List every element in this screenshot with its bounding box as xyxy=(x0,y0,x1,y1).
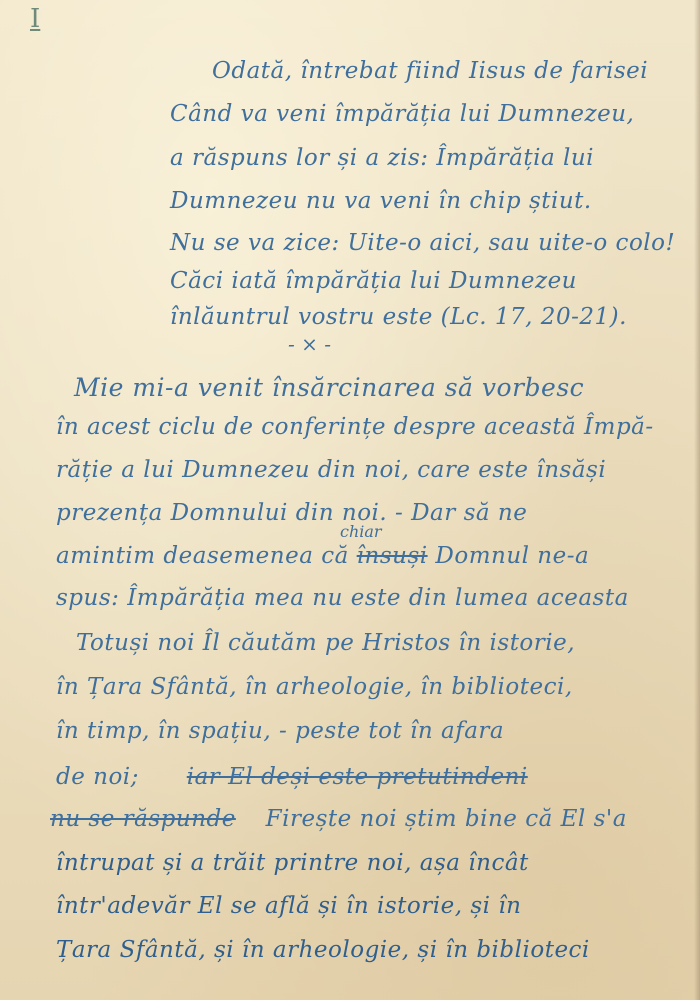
body-line-14: Țara Sfântă, și în arheologie, și în bib… xyxy=(56,937,590,963)
line-5-suffix: Domnul ne-a xyxy=(428,543,590,569)
epigraph-line-7: înlăuntrul vostru este (Lc. 17, 20-21). xyxy=(170,304,627,330)
line-5-prefix: amintim deasemenea că xyxy=(56,543,357,569)
body-line-9: în timp, în spațiu, - peste tot în afara xyxy=(56,718,504,744)
line-11-text: Firește noi știm bine că El s'a xyxy=(266,806,627,832)
epigraph-line-6: Căci iată împărăția lui Dumnezeu xyxy=(170,268,577,294)
body-line-10: de noi; iar El deși este pretutindeni xyxy=(56,764,528,790)
epigraph-line-1: Odată, întrebat fiind Iisus de farisei xyxy=(212,58,648,84)
body-line-8: în Țara Sfântă, în arheologie, în biblio… xyxy=(56,674,573,700)
body-line-6: spus: Împărăția mea nu este din lumea ac… xyxy=(56,585,629,611)
body-line-3: răție a lui Dumnezeu din noi, care este … xyxy=(56,457,606,483)
manuscript-page: I Odată, întrebat fiind Iisus de farisei… xyxy=(0,0,700,1000)
body-line-4: prezența Domnului din noi. - Dar să ne xyxy=(56,500,527,526)
body-line-5: amintim deasemenea că însuși Domnul ne-a xyxy=(56,543,589,569)
body-line-2: în acest ciclu de conferințe despre acea… xyxy=(56,414,654,440)
body-line-12: întrupat și a trăit printre noi, așa înc… xyxy=(56,850,529,876)
page-number: I xyxy=(30,4,40,34)
inserted-word: chiar xyxy=(340,522,382,541)
body-line-1: Mie mi-a venit însărcinarea să vorbesc xyxy=(74,373,584,402)
epigraph-line-2: Când va veni împărăția lui Dumnezeu, xyxy=(170,101,634,127)
struck-word: însuși xyxy=(357,543,428,569)
struck-phrase-2: nu se răspunde xyxy=(50,806,236,832)
epigraph-line-5: Nu se va zice: Uite-o aici, sau uite-o c… xyxy=(170,230,675,256)
body-line-11: nu se răspunde Firește noi știm bine că … xyxy=(50,806,627,832)
section-separator: - × - xyxy=(288,332,331,356)
epigraph-line-4: Dumnezeu nu va veni în chip știut. xyxy=(170,188,592,214)
struck-phrase-1: iar El deși este pretutindeni xyxy=(187,764,528,790)
epigraph-line-3: a răspuns lor și a zis: Împărăția lui xyxy=(170,145,594,171)
body-line-13: într'adevăr El se află și în istorie, și… xyxy=(56,893,522,919)
body-line-7: Totuși noi Îl căutăm pe Hristos în istor… xyxy=(76,630,575,656)
line-10-text: de noi; xyxy=(56,764,139,790)
